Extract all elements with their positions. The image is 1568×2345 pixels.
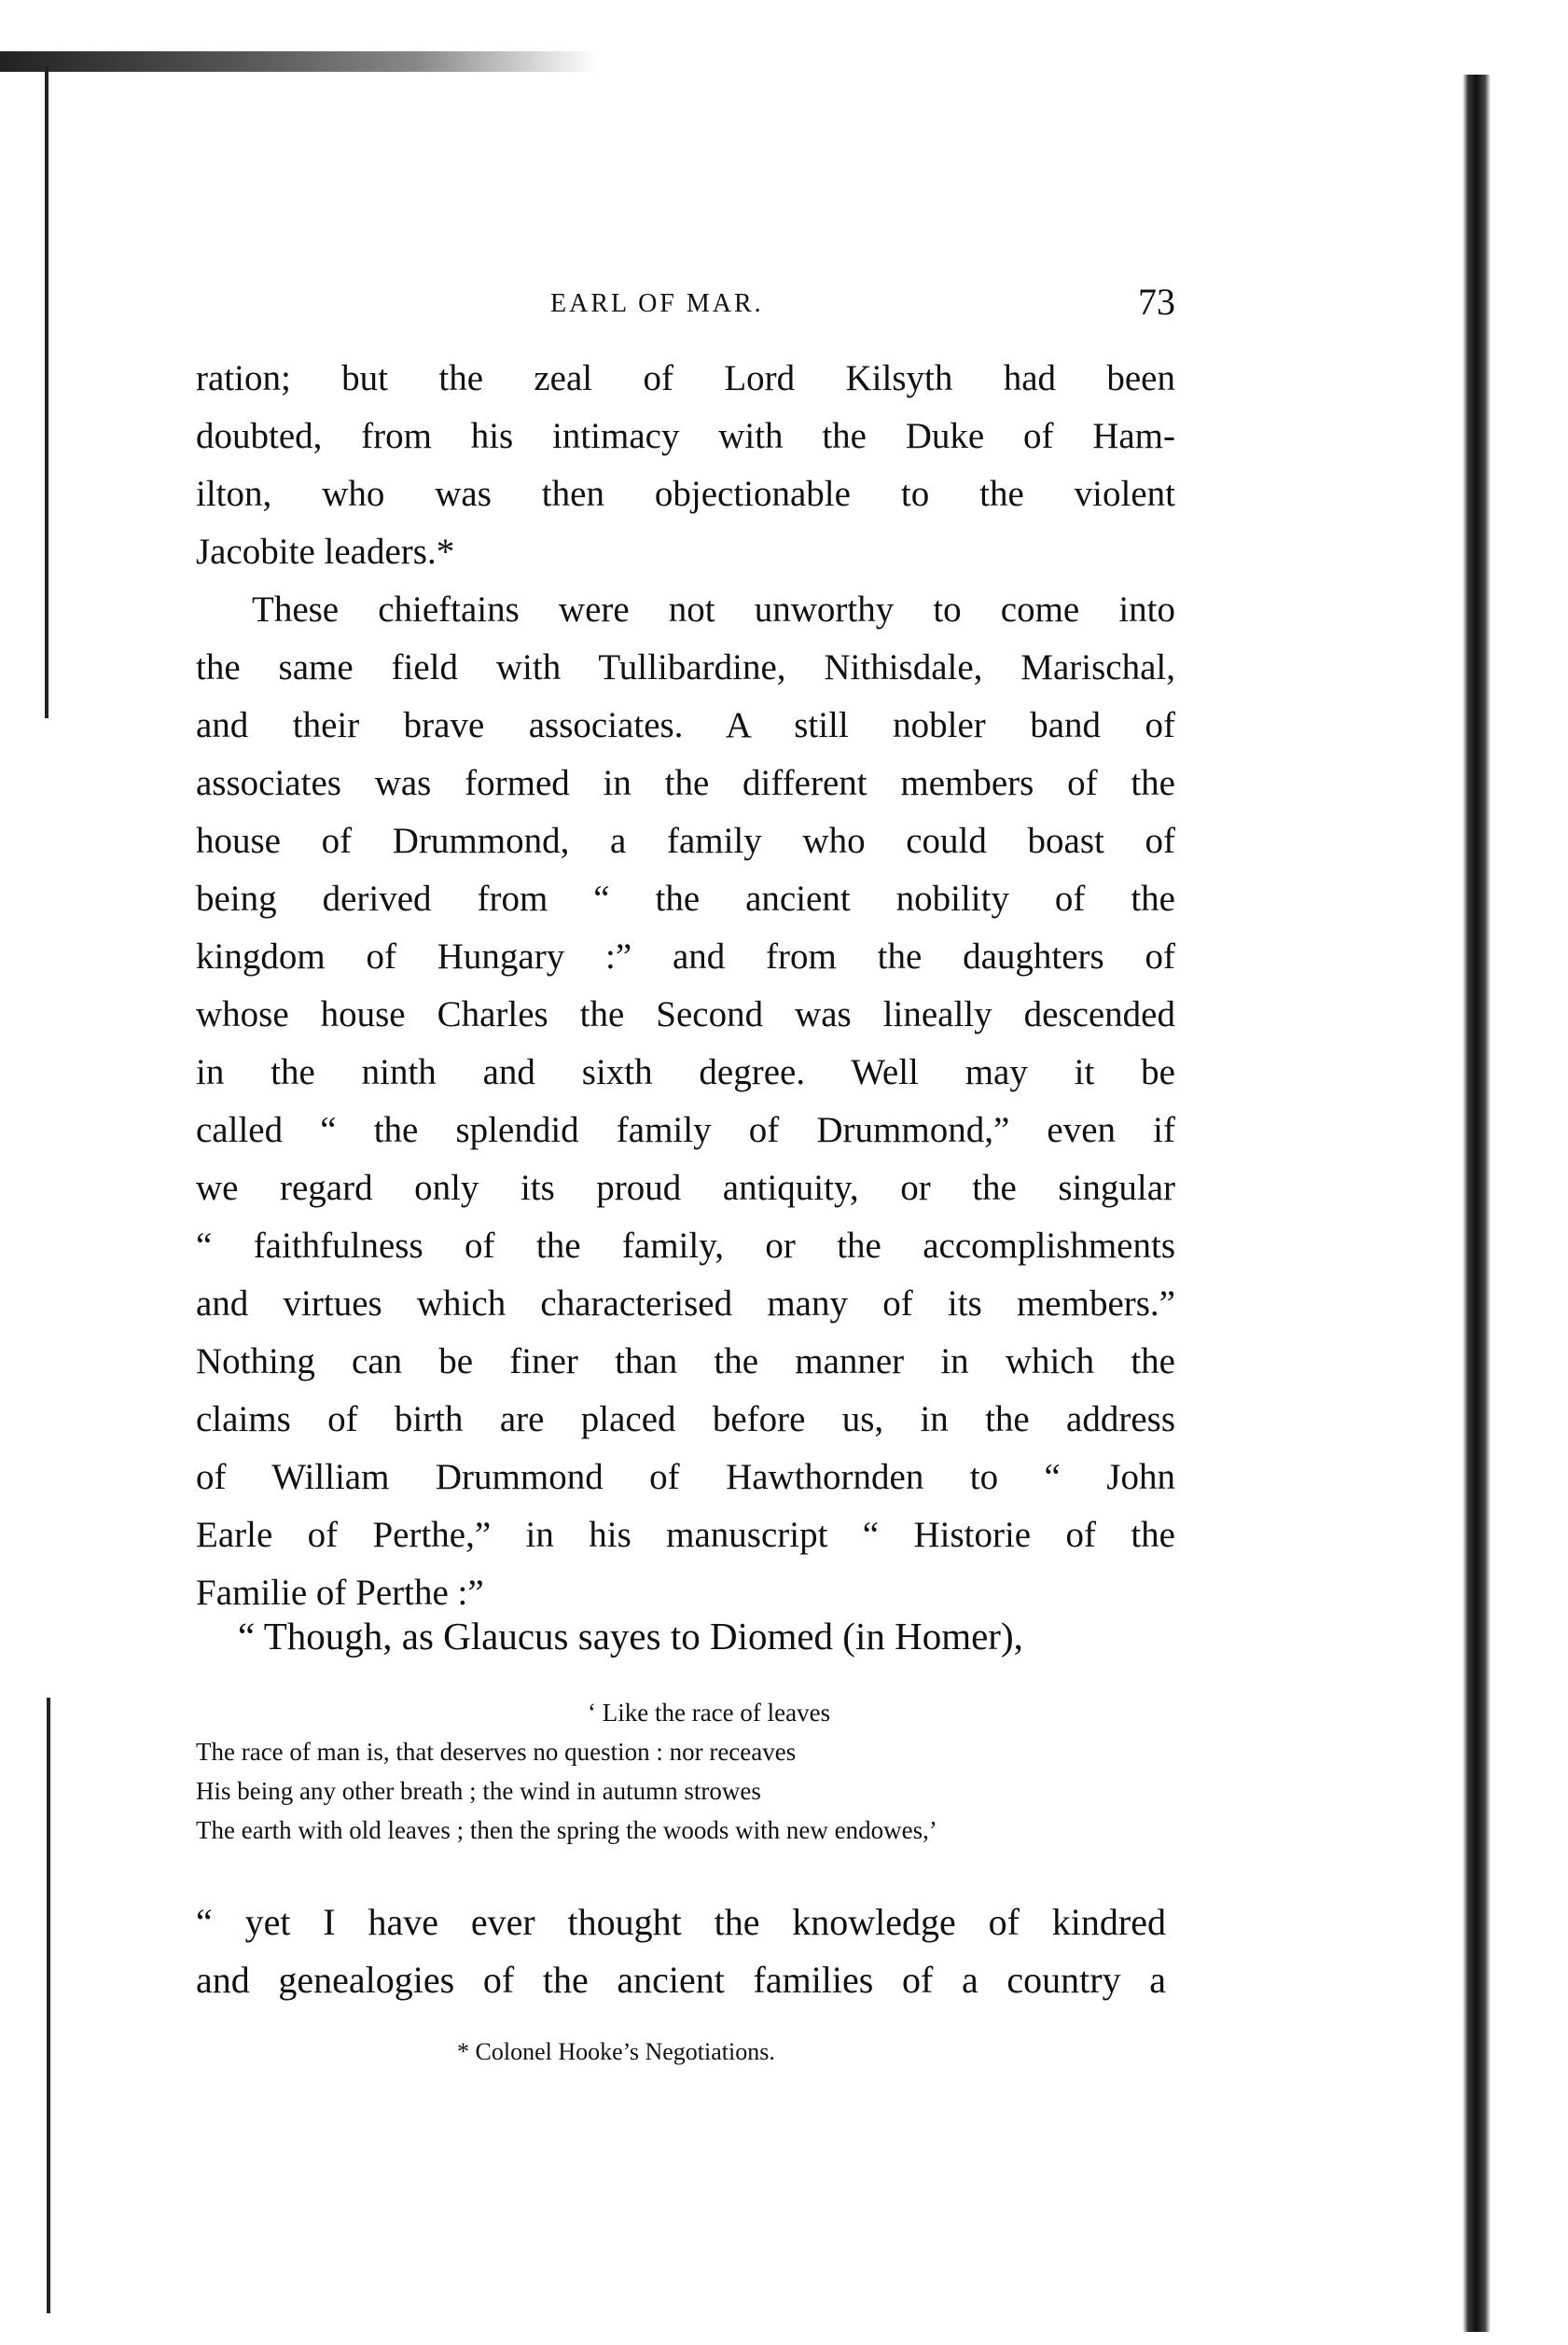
text-line: associates was formed in the different m… xyxy=(196,755,1175,812)
text-line: ration; but the zeal of Lord Kilsyth had… xyxy=(196,350,1175,408)
continuation-text: “ yet I have ever thought the knowledge … xyxy=(196,1894,1166,2009)
text-line: called “ the splendid family of Drummond… xyxy=(196,1102,1175,1159)
body-text: ration; but the zeal of Lord Kilsyth had… xyxy=(196,350,1175,1622)
text-line: “ yet I have ever thought the knowledge … xyxy=(196,1894,1166,1951)
text-line: Earle of Perthe,” in his manuscript “ Hi… xyxy=(196,1506,1175,1564)
text-line: claims of birth are placed before us, in… xyxy=(196,1391,1175,1449)
page-header: EARL OF MAR. 73 xyxy=(196,284,1175,331)
text-line: These chieftains were not unworthy to co… xyxy=(196,581,1175,639)
text-line: in the ninth and sixth degree. Well may … xyxy=(196,1044,1175,1102)
text-line: we regard only its proud antiquity, or t… xyxy=(196,1159,1175,1217)
text-line: and virtues which characterised many of … xyxy=(196,1275,1175,1333)
verse-line: ‘ Like the race of leaves xyxy=(196,1693,1222,1732)
quote-intro: “ Though, as Glaucus sayes to Diomed (in… xyxy=(238,1614,1023,1658)
page-edge-left xyxy=(45,65,49,718)
text-line: and genealogies of the ancient families … xyxy=(196,1951,1166,2009)
text-line: the same field with Tullibardine, Nithis… xyxy=(196,639,1175,697)
text-line: doubted, from his intimacy with the Duke… xyxy=(196,408,1175,465)
running-title: EARL OF MAR. xyxy=(550,289,764,319)
text-line: Nothing can be finer than the manner in … xyxy=(196,1333,1175,1391)
text-line: kingdom of Hungary :” and from the daugh… xyxy=(196,928,1175,986)
text-line: and their brave associates. A still nobl… xyxy=(196,697,1175,755)
scan-artifact-top xyxy=(0,51,597,72)
verse-line: The earth with old leaves ; then the spr… xyxy=(196,1811,1222,1850)
text-line: Jacobite leaders.* xyxy=(196,523,1175,581)
text-line: ilton, who was then objectionable to the… xyxy=(196,465,1175,523)
page-edge-right xyxy=(1463,75,1491,2332)
text-line: being derived from “ the ancient nobilit… xyxy=(196,870,1175,928)
text-line: whose house Charles the Second was linea… xyxy=(196,986,1175,1044)
text-line: house of Drummond, a family who could bo… xyxy=(196,812,1175,870)
verse-line: The race of man is, that deserves no que… xyxy=(196,1732,1222,1771)
footnote: * Colonel Hooke’s Negotiations. xyxy=(457,2038,775,2066)
verse-block: ‘ Like the race of leaves The race of ma… xyxy=(196,1693,1222,1850)
text-line: “ faithfulness of the family, or the acc… xyxy=(196,1217,1175,1275)
page-number: 73 xyxy=(1138,280,1175,324)
verse-line: His being any other breath ; the wind in… xyxy=(196,1771,1222,1811)
page-edge-left-lower xyxy=(47,1698,50,2313)
text-line: of William Drummond of Hawthornden to “ … xyxy=(196,1449,1175,1506)
